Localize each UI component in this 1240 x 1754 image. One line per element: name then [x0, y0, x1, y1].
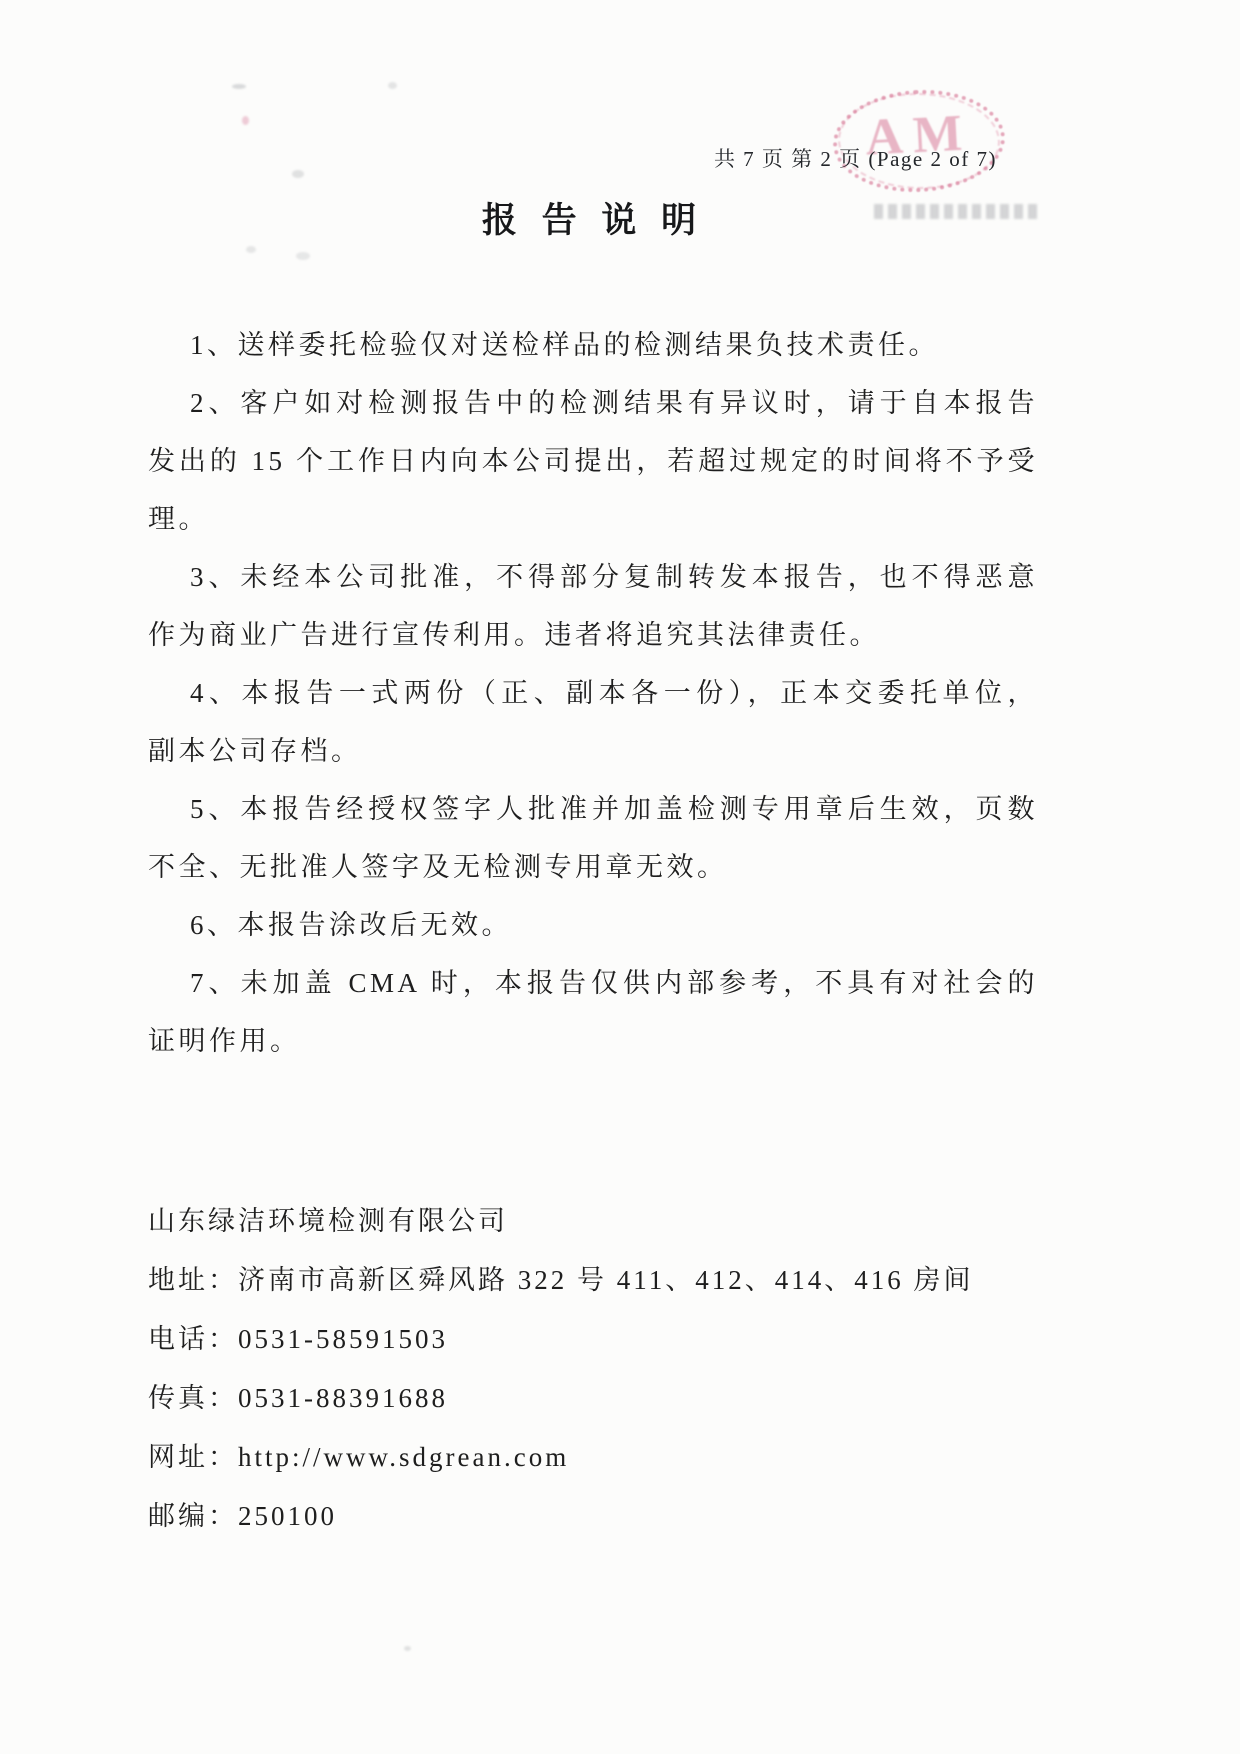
scan-speck — [242, 116, 249, 125]
company-postcode: 邮编：250100 — [148, 1487, 1088, 1546]
company-name: 山东绿洁环境检测有限公司 — [148, 1192, 1088, 1251]
report-note-line: 副本公司存档。 — [148, 722, 1038, 780]
scan-speck — [292, 170, 304, 178]
scan-speck — [232, 84, 246, 89]
company-address: 地址：济南市高新区舜风路 322 号 411、412、414、416 房间 — [148, 1251, 1088, 1310]
report-note-line: 作为商业广告进行宣传利用。违者将追究其法律责任。 — [148, 606, 1038, 664]
company-phone: 电话：0531-58591503 — [148, 1310, 1088, 1369]
company-info-section: 山东绿洁环境检测有限公司 地址：济南市高新区舜风路 322 号 411、412、… — [148, 1192, 1088, 1546]
scan-speck — [246, 246, 256, 253]
scan-speck — [296, 252, 310, 260]
scanned-report-page: AM 共 7 页 第 2 页 (Page 2 of 7) 报 告 说 明 1、送… — [0, 0, 1240, 1754]
page-number-label: 共 7 页 第 2 页 (Page 2 of 7) — [714, 143, 997, 173]
report-note-line: 不全、无批准人签字及无检测专用章无效。 — [148, 838, 1038, 896]
report-note-line: 证明作用。 — [148, 1012, 1038, 1070]
cma-stamp: AM — [830, 86, 1007, 197]
report-note-line: 3、未经本公司批准，不得部分复制转发本报告，也不得恶意 — [148, 548, 1038, 606]
page-title: 报 告 说 明 — [148, 193, 1038, 243]
report-note-line: 理。 — [148, 490, 1038, 548]
report-note-line: 发出的 15 个工作日内向本公司提出，若超过规定的时间将不予受 — [148, 432, 1038, 490]
report-note-line: 6、本报告涂改后无效。 — [148, 896, 1038, 954]
report-notes-section: 1、送样委托检验仅对送检样品的检测结果负技术责任。 2、客户如对检测报告中的检测… — [148, 316, 1038, 1070]
report-note-line: 1、送样委托检验仅对送检样品的检测结果负技术责任。 — [148, 316, 1038, 374]
scan-speck — [388, 82, 397, 89]
company-fax: 传真：0531-88391688 — [148, 1369, 1088, 1428]
report-note-line: 2、客户如对检测报告中的检测结果有异议时，请于自本报告 — [148, 374, 1038, 432]
report-note-line: 7、未加盖 CMA 时，本报告仅供内部参考，不具有对社会的 — [148, 954, 1038, 1012]
report-note-line: 4、本报告一式两份（正、副本各一份），正本交委托单位， — [148, 664, 1038, 722]
company-website: 网址：http://www.sdgrean.com — [148, 1428, 1088, 1487]
scan-speck — [404, 1646, 411, 1651]
report-note-line: 5、本报告经授权签字人批准并加盖检测专用章后生效，页数 — [148, 780, 1038, 838]
